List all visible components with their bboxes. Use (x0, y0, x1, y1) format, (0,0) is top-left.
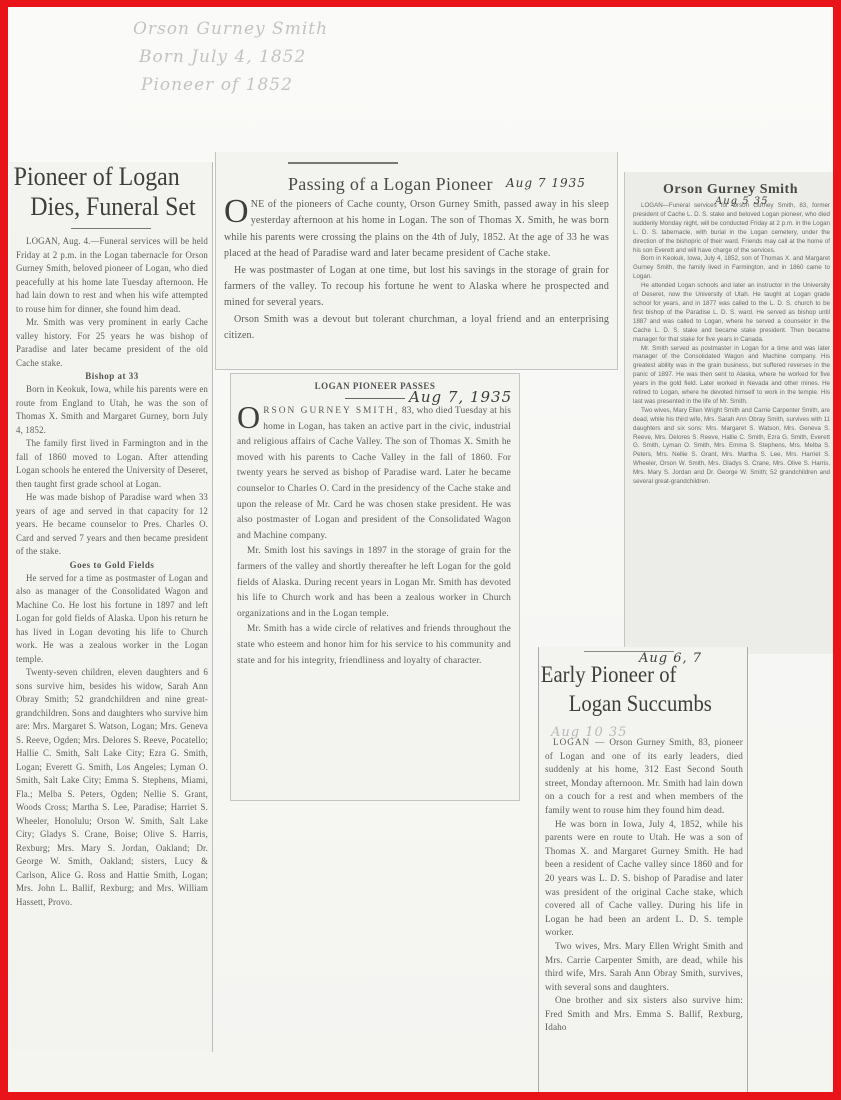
date-annotation: Aug 7, 1935 (409, 388, 512, 406)
headline-line: Dies, Funeral Set (14, 192, 196, 222)
paragraph: He was made bishop of Paradise ward when… (16, 491, 208, 559)
headline-line: Logan Succumbs (539, 689, 726, 718)
paragraph: He was born in Iowa, July 4, 1852, while… (545, 818, 743, 940)
paragraph: Born in Keokuk, Iowa, July 4, 1852, son … (633, 255, 830, 282)
handwritten-line: Orson Gurney Smith (133, 15, 433, 43)
subheading: Bishop at 33 (16, 370, 208, 383)
drop-cap: O (224, 198, 249, 226)
headline-line: Pioneer of Logan (14, 162, 196, 192)
paragraph: Mr. Smith served as postmaster in Logan … (633, 345, 830, 407)
paragraph: One brother and six sisters also survive… (545, 994, 743, 1035)
paragraph: Mr. Smith has a wide circle of relatives… (237, 622, 511, 669)
paragraph: He served for a time as postmaster of Lo… (16, 572, 208, 667)
divider (345, 398, 405, 399)
handwritten-line: Pioneer of 1852 (133, 71, 433, 99)
headline-line: Early Pioneer of (539, 660, 726, 689)
paragraph: NE of the pioneers of Cache county, Orso… (224, 197, 609, 263)
paragraph: 83, who died Tuesday at his home in Loga… (237, 406, 511, 541)
date-annotation: Aug 10 35 (551, 725, 627, 740)
paragraph: Mr. Smith was very prominent in early Ca… (16, 316, 208, 370)
clipping-funeral-set: Pioneer of Logan Dies, Funeral Set LOGAN… (10, 162, 213, 1052)
handwritten-note: Orson Gurney Smith Born July 4, 1852 Pio… (133, 15, 433, 99)
article-body: LOGAN, Aug. 4.—Funeral services will be … (10, 235, 212, 909)
clipping-passing-of-pioneer: Passing of a Logan Pioneer Aug 7 1935 O … (215, 152, 618, 370)
paragraph: He was postmaster of Logan at one time, … (224, 263, 609, 312)
divider (71, 228, 151, 229)
clipping-orson-gurney-smith: Orson Gurney Smith Aug 5 35 LOGAN—Funera… (624, 172, 833, 654)
subheading: Goes to Gold Fields (16, 559, 208, 572)
paragraph: LOGAN—Funeral services for Orson Gurney … (633, 202, 830, 255)
headline: Early Pioneer of Logan Succumbs (539, 660, 726, 718)
paragraph: Twenty-seven children, eleven daughters … (16, 666, 208, 909)
red-border-frame: Orson Gurney Smith Born July 4, 1852 Pio… (0, 0, 841, 1100)
article-body: O RSON GURNEY SMITH, 83, who died Tuesda… (231, 404, 519, 669)
lead-caps: RSON GURNEY SMITH, (263, 406, 399, 416)
paragraph: He attended Logan schools and later an i… (633, 282, 830, 344)
date-annotation: Aug 7 1935 (506, 176, 586, 190)
divider (288, 162, 398, 164)
paragraph: Orson Smith was a devout but tolerant ch… (224, 312, 609, 345)
headline: Pioneer of Logan Dies, Funeral Set (10, 162, 196, 222)
article-body: LOGAN — Orson Gurney Smith, 83, pioneer … (539, 718, 747, 1035)
clipping-logan-pioneer-passes: LOGAN PIONEER PASSES Aug 7, 1935 O RSON … (230, 373, 520, 801)
date-annotation: Aug 5 35 (715, 196, 769, 207)
paragraph: Mr. Smith lost his savings in 1897 in th… (237, 544, 511, 622)
article-body: O NE of the pioneers of Cache county, Or… (216, 197, 617, 345)
paragraph: Born in Keokuk, Iowa, while his parents … (16, 383, 208, 437)
paragraph: The family first lived in Farmington and… (16, 437, 208, 491)
paragraph: LOGAN, Aug. 4.—Funeral services will be … (16, 235, 208, 316)
paragraph: Two wives, Mary Ellen Wright Smith and C… (633, 407, 830, 487)
handwritten-line: Born July 4, 1852 (133, 43, 433, 71)
drop-cap: O (237, 404, 260, 430)
clipping-early-pioneer-succumbs: Aug 6, 7 Early Pioneer of Logan Succumbs… (538, 647, 748, 1092)
article-body: LOGAN—Funeral services for Orson Gurney … (625, 198, 833, 487)
scrapbook-page: Orson Gurney Smith Born July 4, 1852 Pio… (8, 7, 833, 1092)
paragraph: Orson Gurney Smith, 83, pioneer of Logan… (545, 737, 743, 815)
paragraph: Two wives, Mrs. Mary Ellen Wright Smith … (545, 940, 743, 994)
